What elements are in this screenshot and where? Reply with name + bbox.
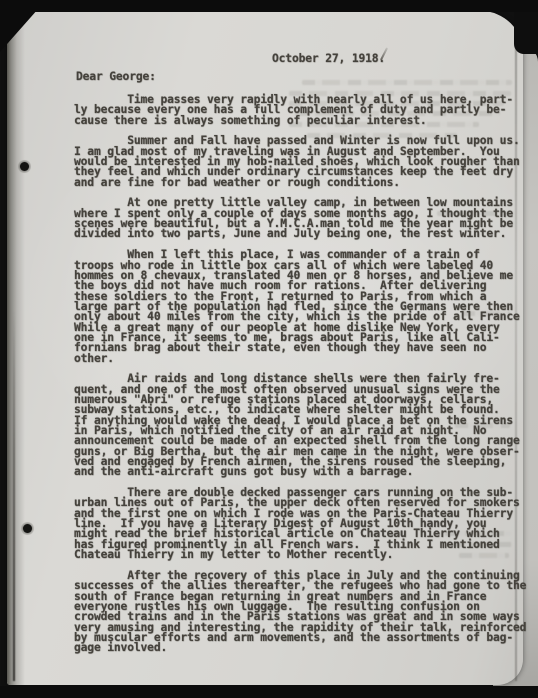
scan-frame-bottom <box>0 686 538 698</box>
letter-paragraph-1: Time passes very rapidly with nearly all… <box>74 95 538 126</box>
scan-frame-corner <box>0 0 46 52</box>
bleed-through-smudge <box>302 80 512 85</box>
binding-edge-line <box>13 311 15 681</box>
letter-date: October 27, 1918. <box>272 54 385 64</box>
letter-paragraph-5: Air raids and long distance shells were … <box>74 374 538 477</box>
scanned-letter-page: October 27, 1918. Dear George: Time pass… <box>7 11 523 685</box>
letter-paragraph-4: When I left this place, I was commander … <box>74 250 538 364</box>
letter-paragraph-3: At one pretty little valley camp, in bet… <box>74 198 538 239</box>
letter-paragraph-7: After the recovery of this place in July… <box>74 571 538 654</box>
letter-paragraph-2: Summer and Fall have passed and Winter i… <box>74 136 538 188</box>
letter-salutation: Dear George: <box>76 72 156 82</box>
scan-frame-top <box>0 0 538 12</box>
letter-paragraph-6: There are double decked passenger cars r… <box>74 488 538 560</box>
punch-hole-icon <box>20 162 29 171</box>
punch-hole-icon <box>23 524 32 533</box>
page-left-binding-edge <box>7 11 25 685</box>
letter-body: Time passes very rapidly with nearly all… <box>74 95 538 654</box>
